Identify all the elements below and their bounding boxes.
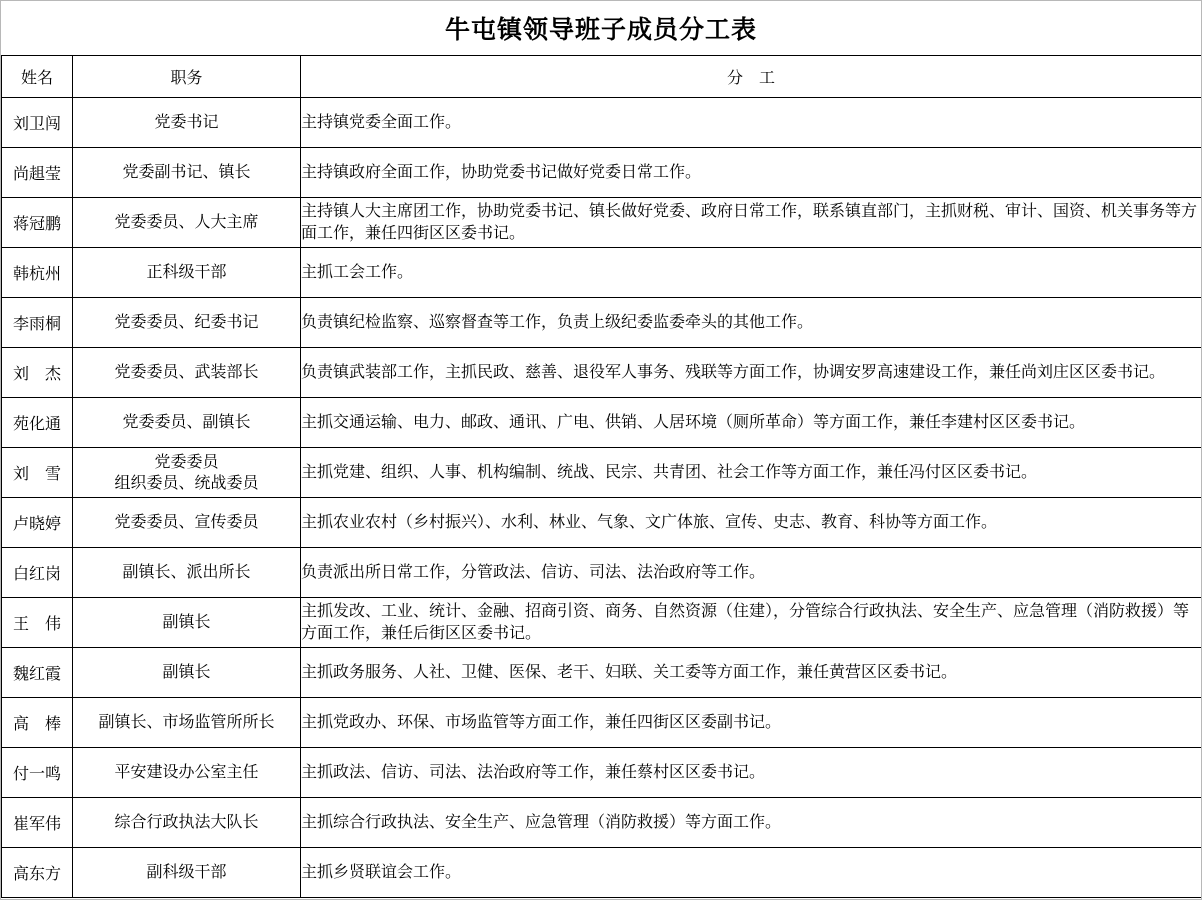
table-row: 刘卫闯 党委书记 主持镇党委全面工作。 bbox=[2, 98, 1202, 148]
member-name: 刘 雪 bbox=[2, 448, 73, 498]
page-title: 牛屯镇领导班子成员分工表 bbox=[1, 1, 1201, 55]
member-position: 党委委员、人大主席 bbox=[73, 198, 301, 248]
member-name: 刘卫闯 bbox=[2, 98, 73, 148]
member-position: 党委委员、纪委书记 bbox=[73, 298, 301, 348]
table-row: 李雨桐 党委委员、纪委书记 负责镇纪检监察、巡察督查等工作，负责上级纪委监委牵头… bbox=[2, 298, 1202, 348]
table-row: 高 棒 副镇长、市场监管所所长 主抓党政办、环保、市场监管等方面工作，兼任四街区… bbox=[2, 698, 1202, 748]
table-row: 王 伟 副镇长 主抓发改、工业、统计、金融、招商引资、商务、自然资源（住建），分… bbox=[2, 598, 1202, 648]
table-row: 苑化通 党委委员、副镇长 主抓交通运输、电力、邮政、通讯、广电、供销、人居环境（… bbox=[2, 398, 1202, 448]
document-page: 牛屯镇领导班子成员分工表 姓名 职务 分 工 刘卫闯 党委书记 主持镇党委全面工… bbox=[0, 0, 1202, 900]
table-row: 白红岗 副镇长、派出所长 负责派出所日常工作，分管政法、信访、司法、法治政府等工… bbox=[2, 548, 1202, 598]
member-position: 平安建设办公室主任 bbox=[73, 748, 301, 798]
member-position: 副科级干部 bbox=[73, 848, 301, 898]
member-position: 副镇长、派出所长 bbox=[73, 548, 301, 598]
member-division: 主抓发改、工业、统计、金融、招商引资、商务、自然资源（住建），分管综合行政执法、… bbox=[301, 598, 1202, 648]
member-name: 王 伟 bbox=[2, 598, 73, 648]
member-name: 韩杭州 bbox=[2, 248, 73, 298]
division-of-work-table: 姓名 职务 分 工 刘卫闯 党委书记 主持镇党委全面工作。 尚趄莹 党委副书记、… bbox=[1, 55, 1202, 898]
column-header-name: 姓名 bbox=[2, 56, 73, 98]
member-division: 负责镇纪检监察、巡察督查等工作，负责上级纪委监委牵头的其他工作。 bbox=[301, 298, 1202, 348]
member-name: 付一鸣 bbox=[2, 748, 73, 798]
member-position: 党委副书记、镇长 bbox=[73, 148, 301, 198]
member-position: 党委委员、武装部长 bbox=[73, 348, 301, 398]
member-position: 党委委员、副镇长 bbox=[73, 398, 301, 448]
column-header-position: 职务 bbox=[73, 56, 301, 98]
member-name: 苑化通 bbox=[2, 398, 73, 448]
member-position: 综合行政执法大队长 bbox=[73, 798, 301, 848]
table-body: 刘卫闯 党委书记 主持镇党委全面工作。 尚趄莹 党委副书记、镇长 主持镇政府全面… bbox=[2, 98, 1202, 898]
member-position: 副镇长、市场监管所所长 bbox=[73, 698, 301, 748]
member-name: 尚趄莹 bbox=[2, 148, 73, 198]
member-position: 副镇长 bbox=[73, 598, 301, 648]
member-name: 李雨桐 bbox=[2, 298, 73, 348]
member-position: 副镇长 bbox=[73, 648, 301, 698]
member-name: 崔军伟 bbox=[2, 798, 73, 848]
table-row: 蒋冠鹏 党委委员、人大主席 主持镇人大主席团工作，协助党委书记、镇长做好党委、政… bbox=[2, 198, 1202, 248]
member-division: 主持镇党委全面工作。 bbox=[301, 98, 1202, 148]
column-header-division: 分 工 bbox=[301, 56, 1202, 98]
member-division: 主抓乡贤联谊会工作。 bbox=[301, 848, 1202, 898]
member-position: 正科级干部 bbox=[73, 248, 301, 298]
member-division: 主抓政法、信访、司法、法治政府等工作，兼任蔡村区区委书记。 bbox=[301, 748, 1202, 798]
member-division: 负责镇武装部工作，主抓民政、慈善、退役军人事务、残联等方面工作，协调安罗高速建设… bbox=[301, 348, 1202, 398]
member-division: 主抓党建、组织、人事、机构编制、统战、民宗、共青团、社会工作等方面工作，兼任冯付… bbox=[301, 448, 1202, 498]
member-division: 主持镇政府全面工作，协助党委书记做好党委日常工作。 bbox=[301, 148, 1202, 198]
member-name: 刘 杰 bbox=[2, 348, 73, 398]
member-division: 主抓政务服务、人社、卫健、医保、老干、妇联、关工委等方面工作，兼任黄营区区委书记… bbox=[301, 648, 1202, 698]
member-position: 党委委员 组织委员、统战委员 bbox=[73, 448, 301, 498]
member-division: 主抓党政办、环保、市场监管等方面工作，兼任四街区区委副书记。 bbox=[301, 698, 1202, 748]
member-division: 主抓交通运输、电力、邮政、通讯、广电、供销、人居环境（厕所革命）等方面工作，兼任… bbox=[301, 398, 1202, 448]
member-name: 高东方 bbox=[2, 848, 73, 898]
table-row: 卢晓婷 党委委员、宣传委员 主抓农业农村（乡村振兴）、水利、林业、气象、文广体旅… bbox=[2, 498, 1202, 548]
member-name: 白红岗 bbox=[2, 548, 73, 598]
member-division: 负责派出所日常工作，分管政法、信访、司法、法治政府等工作。 bbox=[301, 548, 1202, 598]
table-row: 崔军伟 综合行政执法大队长 主抓综合行政执法、安全生产、应急管理（消防救援）等方… bbox=[2, 798, 1202, 848]
table-row: 韩杭州 正科级干部 主抓工会工作。 bbox=[2, 248, 1202, 298]
member-name: 蒋冠鹏 bbox=[2, 198, 73, 248]
member-name: 高 棒 bbox=[2, 698, 73, 748]
member-position: 党委书记 bbox=[73, 98, 301, 148]
table-row: 付一鸣 平安建设办公室主任 主抓政法、信访、司法、法治政府等工作，兼任蔡村区区委… bbox=[2, 748, 1202, 798]
member-position: 党委委员、宣传委员 bbox=[73, 498, 301, 548]
member-name: 卢晓婷 bbox=[2, 498, 73, 548]
member-division: 主抓工会工作。 bbox=[301, 248, 1202, 298]
table-header-row: 姓名 职务 分 工 bbox=[2, 56, 1202, 98]
table-row: 尚趄莹 党委副书记、镇长 主持镇政府全面工作，协助党委书记做好党委日常工作。 bbox=[2, 148, 1202, 198]
table-row: 高东方 副科级干部 主抓乡贤联谊会工作。 bbox=[2, 848, 1202, 898]
member-name: 魏红霞 bbox=[2, 648, 73, 698]
member-division: 主抓综合行政执法、安全生产、应急管理（消防救援）等方面工作。 bbox=[301, 798, 1202, 848]
table-row: 刘 雪 党委委员 组织委员、统战委员 主抓党建、组织、人事、机构编制、统战、民宗… bbox=[2, 448, 1202, 498]
member-division: 主抓农业农村（乡村振兴）、水利、林业、气象、文广体旅、宣传、史志、教育、科协等方… bbox=[301, 498, 1202, 548]
table-row: 刘 杰 党委委员、武装部长 负责镇武装部工作，主抓民政、慈善、退役军人事务、残联… bbox=[2, 348, 1202, 398]
table-row: 魏红霞 副镇长 主抓政务服务、人社、卫健、医保、老干、妇联、关工委等方面工作，兼… bbox=[2, 648, 1202, 698]
member-division: 主持镇人大主席团工作，协助党委书记、镇长做好党委、政府日常工作，联系镇直部门，主… bbox=[301, 198, 1202, 248]
